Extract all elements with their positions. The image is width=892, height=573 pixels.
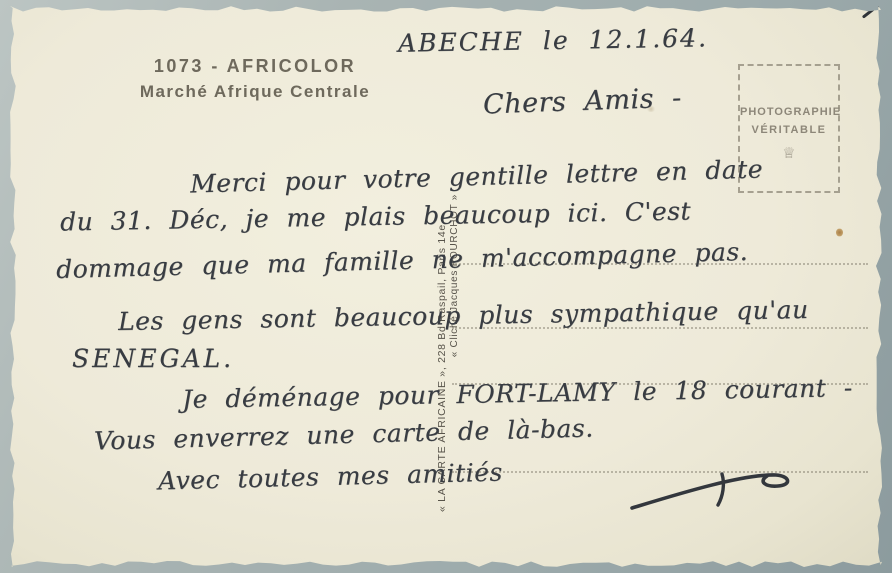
corner-ink-mark bbox=[862, 0, 884, 18]
printed-series-title: 1073 - AFRICOLOR bbox=[110, 56, 400, 77]
stain-spot bbox=[836, 228, 843, 237]
handwritten-line: dommage que ma famille ne m'accompagne p… bbox=[56, 237, 749, 284]
stamp-box-line2: VÉRITABLE bbox=[740, 124, 838, 136]
stamp-box-line1: PHOTOGRAPHIE bbox=[740, 106, 838, 118]
handwritten-line: Merci pour votre gentille lettre en date bbox=[190, 155, 764, 199]
handwritten-dateline: ABECHE le 12.1.64. bbox=[398, 23, 708, 57]
handwritten-line: du 31. Déc, je me plais beaucoup ici. C'… bbox=[60, 196, 691, 236]
handwritten-line: Je déménage pour FORT-LAMY le 18 courant… bbox=[182, 373, 853, 414]
handwritten-line: Vous enverrez une carte de là-bas. bbox=[94, 413, 594, 455]
postcard-scan: 1073 - AFRICOLOR Marché Afrique Centrale… bbox=[10, 6, 882, 567]
handwritten-salutation: Chers Amis - bbox=[483, 83, 683, 121]
printed-header: 1073 - AFRICOLOR Marché Afrique Centrale bbox=[110, 56, 400, 102]
printed-subtitle: Marché Afrique Centrale bbox=[110, 82, 400, 102]
handwritten-line: SENEGAL. bbox=[72, 344, 234, 373]
signature-flourish bbox=[630, 458, 810, 520]
scan-backing: { "postcard": { "printed_header": { "num… bbox=[0, 0, 892, 573]
handwritten-line: Les gens sont beaucoup plus sympathique … bbox=[118, 295, 809, 336]
